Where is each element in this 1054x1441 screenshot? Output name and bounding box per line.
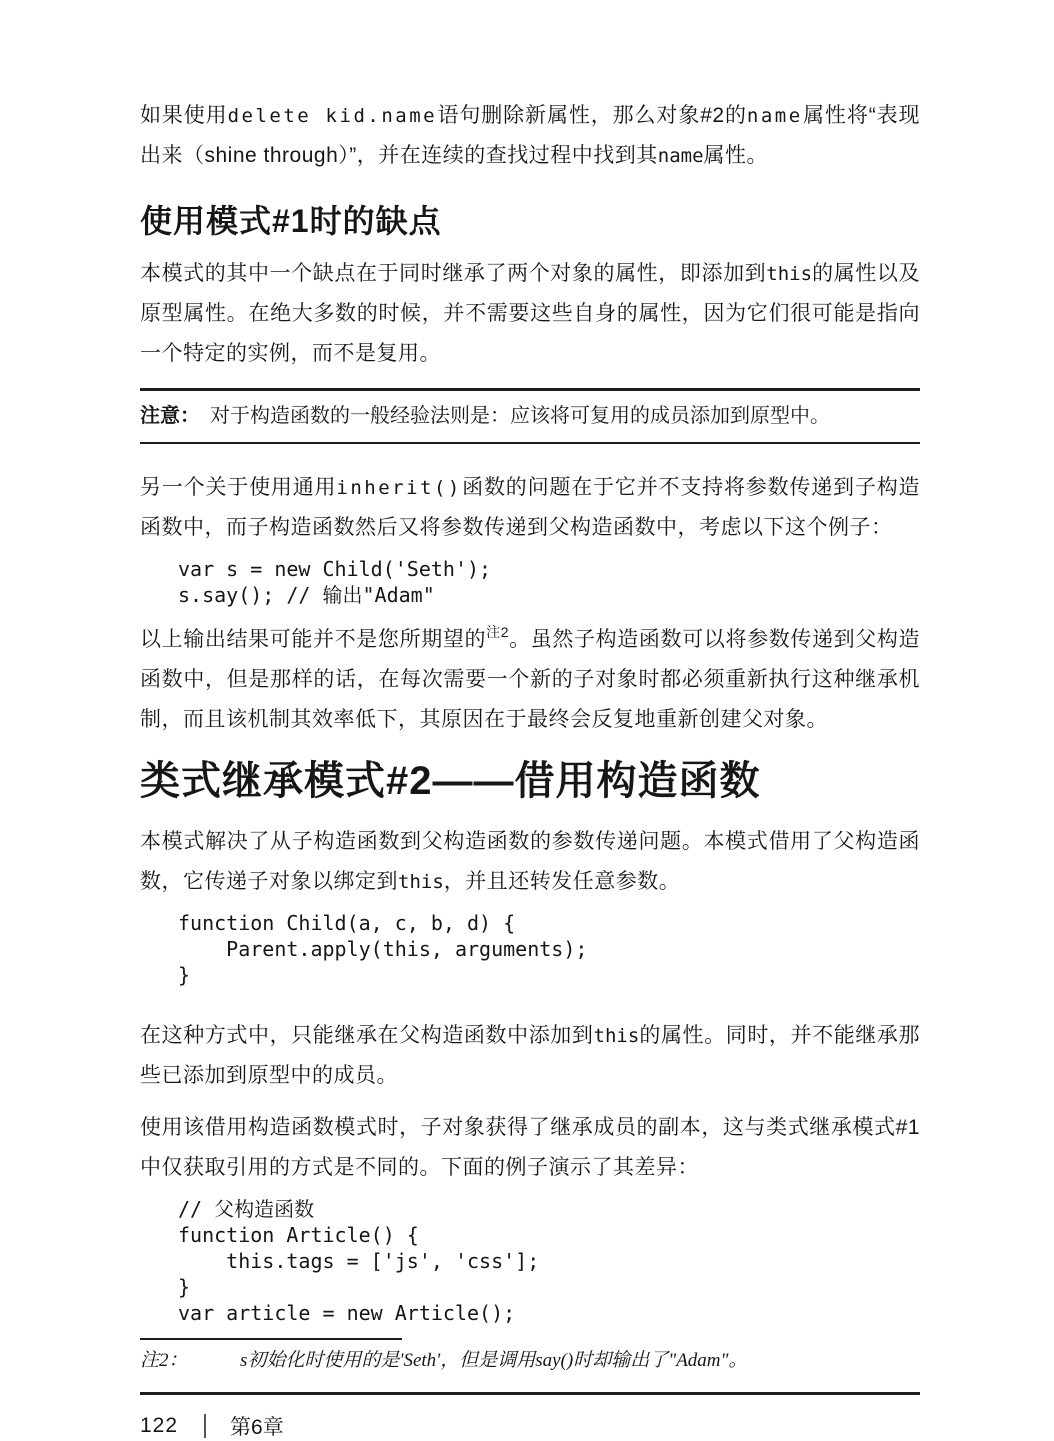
text-run: 语句删除新属性，那么对象#2的 [437,104,747,127]
inline-code-name: name [658,145,704,167]
inline-code-this: this [398,871,444,893]
paragraph-pattern2-intro: 本模式解决了从子构造函数到父构造函数的参数传递问题。本模式借用了父构造函数，它传… [140,822,920,902]
inline-code-delete-kid-name: delete kid.name [228,105,437,127]
inline-code-name: name [747,105,803,127]
text-run: 本模式的其中一个缺点在于同时继承了两个对象的属性，即添加到 [140,262,766,285]
spacer [140,1000,920,1016]
page-number: 122 [140,1414,178,1438]
text-run: 属性。 [704,144,769,167]
paragraph-drawbacks: 本模式的其中一个缺点在于同时继承了两个对象的属性，即添加到this的属性以及原型… [140,254,920,374]
chapter-label: 第6章 [230,1411,284,1441]
paragraph-only-this-props: 在这种方式中，只能继承在父构造函数中添加到this的属性。同时，并不能继承那些已… [140,1016,920,1096]
code-line: } [178,1274,920,1300]
code-line: // 父构造函数 [178,1196,920,1222]
spacer [140,444,920,468]
book-page: 如果使用delete kid.name语句删除新属性，那么对象#2的name属性… [0,0,1054,1441]
paragraph-inherit-problem: 另一个关于使用通用inherit()函数的问题在于它并不支持将参数传递到子构造函… [140,468,920,548]
code-line: function Article() { [178,1222,920,1248]
section-heading-pattern1-drawbacks: 使用模式#1时的缺点 [140,202,920,240]
code-block-child-seth: var s = new Child('Seth'); s.say(); // 输… [178,556,920,608]
footer-divider-rule [204,1414,206,1438]
footnote-reference-2: 注2 [486,624,509,640]
code-block-article: // 父构造函数 function Article() { this.tags … [178,1196,920,1326]
footnote-text: s初始化时使用的是'Seth'，但是调用say()时却输出了"Adam"。 [240,1350,748,1371]
text-run: 如果使用 [140,104,228,127]
paragraph-shine-through: 如果使用delete kid.name语句删除新属性，那么对象#2的name属性… [140,96,920,176]
code-line: } [178,962,920,988]
text-run: ，并且还转发任意参数。 [444,870,681,893]
footnote-separator-rule [140,1338,402,1340]
code-line: var s = new Child('Seth'); [178,556,920,582]
note-box: 注意：对于构造函数的一般经验法则是：应该将可复用的成员添加到原型中。 [140,388,920,444]
inline-code-this: this [766,263,812,285]
code-line: var article = new Article(); [178,1300,920,1326]
text-run: 以上输出结果可能并不是您所期望的 [140,628,486,651]
paragraph-output-unexpected: 以上输出结果可能并不是您所期望的注2。虽然子构造函数可以将参数传递到父构造函数中… [140,620,920,740]
code-line: Parent.apply(this, arguments); [178,936,920,962]
text-run: 另一个关于使用通用 [140,476,336,499]
chapter-heading-pattern2-borrow-constructor: 类式继承模式#2——借用构造函数 [140,756,920,806]
code-block-child-apply: function Child(a, c, b, d) { Parent.appl… [178,910,920,988]
code-line: function Child(a, c, b, d) { [178,910,920,936]
note-label: 注意： [140,405,200,427]
text-run: 使用该借用构造函数模式时，子对象获得了继承成员的副本，这与类式继承模式#1中仅获… [140,1116,920,1179]
page-footer: 122 第6章 [140,1392,920,1441]
code-line: this.tags = ['js', 'css']; [178,1248,920,1274]
spacer [140,1096,920,1108]
footnote-note2: 注2：s初始化时使用的是'Seth'，但是调用say()时却输出了"Adam"。 [140,1348,920,1374]
inline-code-this: this [594,1025,640,1047]
footnote-label: 注2： [140,1348,240,1374]
inline-code-inherit: inherit() [336,477,461,499]
code-line: s.say(); // 输出"Adam" [178,582,920,608]
paragraph-copy-vs-reference: 使用该借用构造函数模式时，子对象获得了继承成员的副本，这与类式继承模式#1中仅获… [140,1108,920,1188]
note-text: 对于构造函数的一般经验法则是：应该将可复用的成员添加到原型中。 [210,405,830,427]
text-run: 在这种方式中，只能继承在父构造函数中添加到 [140,1024,594,1047]
